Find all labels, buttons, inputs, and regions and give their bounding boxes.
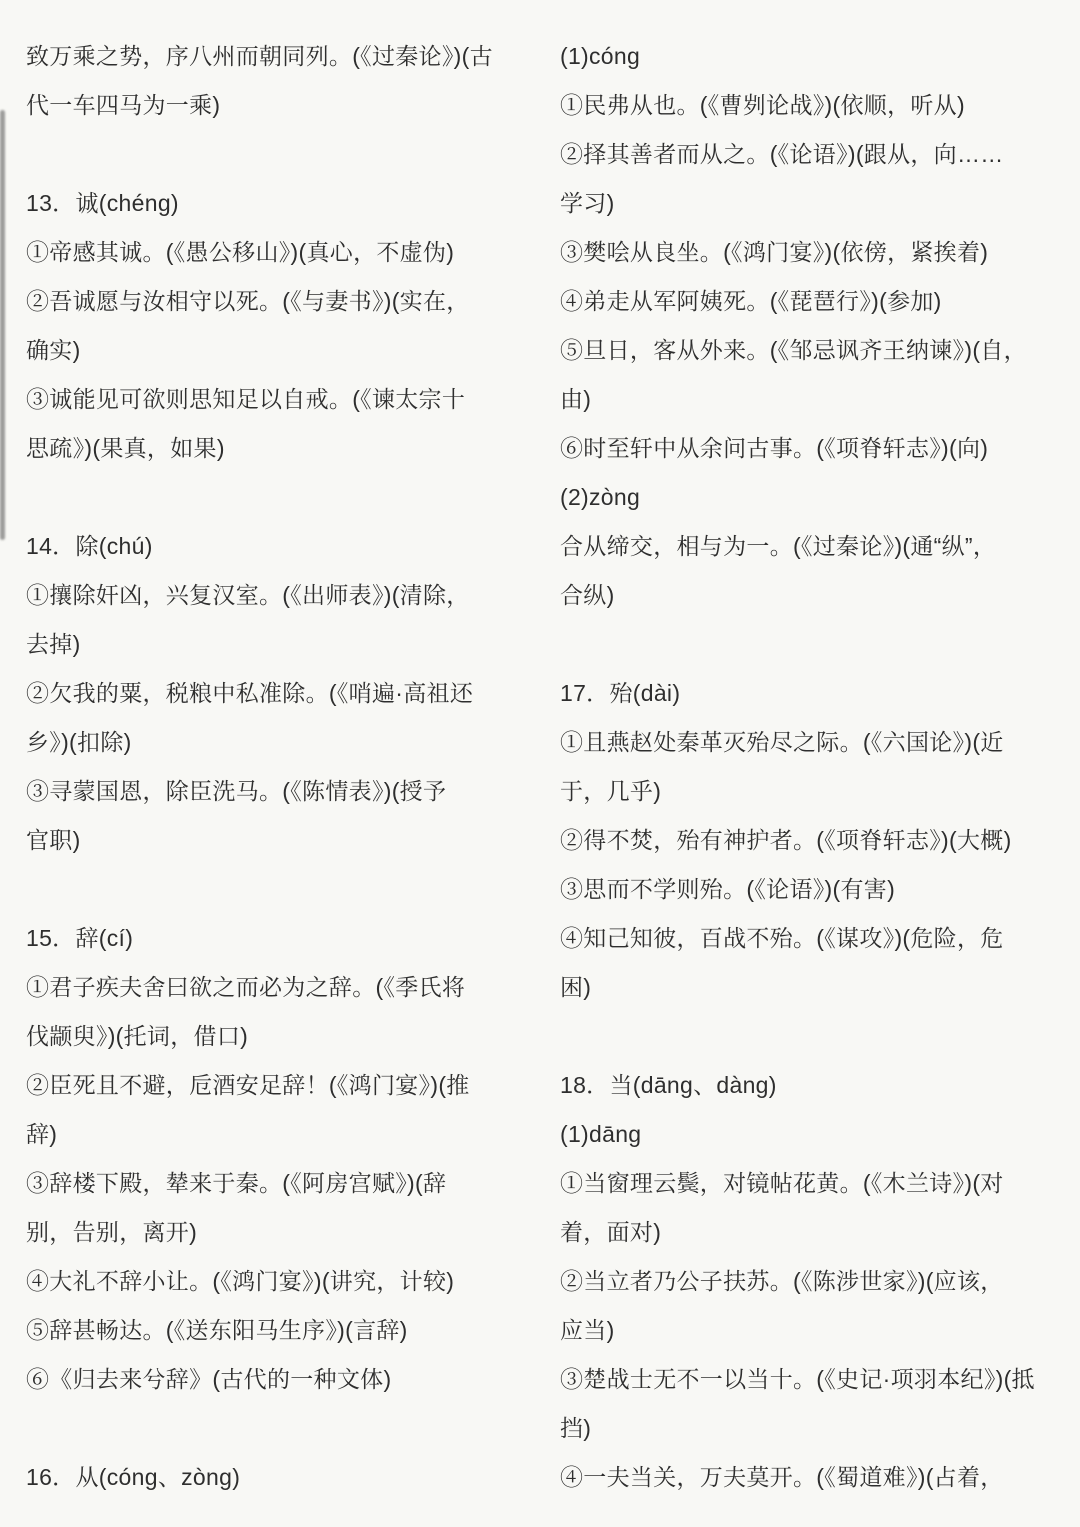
text-line: ①民弗从也。(《曹刿论战》)(依顺，听从) bbox=[560, 81, 1078, 130]
text-line: 18．当(dāng、dàng) bbox=[560, 1061, 1078, 1110]
vocabulary-entry-block: 14．除(chú)①攘除奸凶，兴复汉室。(《出师表》)(清除，去掉)②欠我的粟，… bbox=[26, 522, 536, 865]
text-line: 辞) bbox=[26, 1110, 536, 1159]
text-line: ②得不焚，殆有神护者。(《项脊轩志》)(大概) bbox=[560, 816, 1078, 865]
text-line: 16．从(cóng、zòng) bbox=[26, 1453, 536, 1502]
text-line: ④大礼不辞小让。(《鸿门宴》)(讲究，计较) bbox=[26, 1257, 536, 1306]
text-line: ③樊哙从良坐。(《鸿门宴》)(依傍，紧挨着) bbox=[560, 228, 1078, 277]
text-line: ①君子疾夫舍曰欲之而必为之辞。(《季氏将 bbox=[26, 963, 536, 1012]
text-line: 乡》)(扣除) bbox=[26, 718, 536, 767]
text-line: 由) bbox=[560, 375, 1078, 424]
text-line: (1)cóng bbox=[560, 32, 1078, 81]
text-line: 着，面对) bbox=[560, 1208, 1078, 1257]
text-line: 15．辞(cí) bbox=[26, 914, 536, 963]
text-line: ④知己知彼，百战不殆。(《谋攻》)(危险，危 bbox=[560, 914, 1078, 963]
text-line: 代一车四马为一乘) bbox=[26, 81, 536, 130]
text-line: ④一夫当关，万夫莫开。(《蜀道难》)(占着， bbox=[560, 1453, 1078, 1502]
text-line: 确实) bbox=[26, 326, 536, 375]
text-line: (1)dāng bbox=[560, 1110, 1078, 1159]
text-line: 合纵) bbox=[560, 571, 1078, 620]
continuation-text-block: (1)cóng①民弗从也。(《曹刿论战》)(依顺，听从)②择其善者而从之。(《论… bbox=[560, 32, 1078, 620]
text-line: ⑥时至轩中从余问古事。(《项脊轩志》)(向) bbox=[560, 424, 1078, 473]
text-line: ②当立者乃公子扶苏。(《陈涉世家》)(应该， bbox=[560, 1257, 1078, 1306]
photo-edge-artifact bbox=[0, 110, 5, 540]
text-line: 挡) bbox=[560, 1404, 1078, 1453]
text-line: ①帝感其诚。(《愚公移山》)(真心，不虚伪) bbox=[26, 228, 536, 277]
text-line: ⑤旦日，客从外来。(《邹忌讽齐王纳谏》)(自， bbox=[560, 326, 1078, 375]
text-line: 合从缔交，相与为一。(《过秦论》)(通“纵”， bbox=[560, 522, 1078, 571]
text-line: ⑤辞甚畅达。(《送东阳马生序》)(言辞) bbox=[26, 1306, 536, 1355]
text-line: ②臣死且不避，卮酒安足辞！(《鸿门宴》)(推 bbox=[26, 1061, 536, 1110]
text-line: ②吾诚愿与汝相守以死。(《与妻书》)(实在， bbox=[26, 277, 536, 326]
vocabulary-entry-block: 13．诚(chéng)①帝感其诚。(《愚公移山》)(真心，不虚伪)②吾诚愿与汝相… bbox=[26, 179, 536, 473]
vocabulary-entry-block: 18．当(dāng、dàng)(1)dāng①当窗理云鬓，对镜帖花黄。(《木兰诗… bbox=[560, 1061, 1078, 1502]
text-column-right: (1)cóng①民弗从也。(《曹刿论战》)(依顺，听从)②择其善者而从之。(《论… bbox=[560, 0, 1078, 1502]
text-line: ①且燕赵处秦革灭殆尽之际。(《六国论》)(近 bbox=[560, 718, 1078, 767]
text-line: 应当) bbox=[560, 1306, 1078, 1355]
text-line: 伐颛臾》)(托词，借口) bbox=[26, 1012, 536, 1061]
document-page: 致万乘之势，序八州而朝同列。(《过秦论》)(古代一车四马为一乘)13．诚(ché… bbox=[0, 0, 1080, 1527]
text-line: ①当窗理云鬓，对镜帖花黄。(《木兰诗》)(对 bbox=[560, 1159, 1078, 1208]
text-line: 致万乘之势，序八州而朝同列。(《过秦论》)(古 bbox=[26, 32, 536, 81]
text-line: ②欠我的粟，税粮中私准除。(《哨遍·高祖还 bbox=[26, 669, 536, 718]
text-line: 困) bbox=[560, 963, 1078, 1012]
text-line: ③辞楼下殿，辇来于秦。(《阿房宫赋》)(辞 bbox=[26, 1159, 536, 1208]
text-line: 17．殆(dài) bbox=[560, 669, 1078, 718]
text-line: 13．诚(chéng) bbox=[26, 179, 536, 228]
text-line: 别，告别，离开) bbox=[26, 1208, 536, 1257]
text-line: 官职) bbox=[26, 816, 536, 865]
text-line: ③寻蒙国恩，除臣洗马。(《陈情表》)(授予 bbox=[26, 767, 536, 816]
text-line: ③楚战士无不一以当十。(《史记·项羽本纪》)(抵 bbox=[560, 1355, 1078, 1404]
text-line: ③思而不学则殆。(《论语》)(有害) bbox=[560, 865, 1078, 914]
text-line: 去掉) bbox=[26, 620, 536, 669]
text-line: ③诚能见可欲则思知足以自戒。(《谏太宗十 bbox=[26, 375, 536, 424]
vocabulary-entry-block: 17．殆(dài)①且燕赵处秦革灭殆尽之际。(《六国论》)(近于，几乎)②得不焚… bbox=[560, 669, 1078, 1012]
text-line: 学习) bbox=[560, 179, 1078, 228]
text-line: 14．除(chú) bbox=[26, 522, 536, 571]
vocabulary-entry-block: 15．辞(cí)①君子疾夫舍曰欲之而必为之辞。(《季氏将伐颛臾》)(托词，借口)… bbox=[26, 914, 536, 1404]
text-line: ②择其善者而从之。(《论语》)(跟从，向…… bbox=[560, 130, 1078, 179]
text-line: ①攘除奸凶，兴复汉室。(《出师表》)(清除， bbox=[26, 571, 536, 620]
text-line: 于，几乎) bbox=[560, 767, 1078, 816]
vocabulary-entry-block: 16．从(cóng、zòng) bbox=[26, 1453, 536, 1502]
text-column-left: 致万乘之势，序八州而朝同列。(《过秦论》)(古代一车四马为一乘)13．诚(ché… bbox=[26, 0, 536, 1502]
text-line: ④弟走从军阿姨死。(《琵琶行》)(参加) bbox=[560, 277, 1078, 326]
text-line: ⑥《归去来兮辞》(古代的一种文体) bbox=[26, 1355, 536, 1404]
continuation-text-block: 致万乘之势，序八州而朝同列。(《过秦论》)(古代一车四马为一乘) bbox=[26, 32, 536, 130]
text-line: (2)zòng bbox=[560, 473, 1078, 522]
text-line: 思疏》)(果真，如果) bbox=[26, 424, 536, 473]
